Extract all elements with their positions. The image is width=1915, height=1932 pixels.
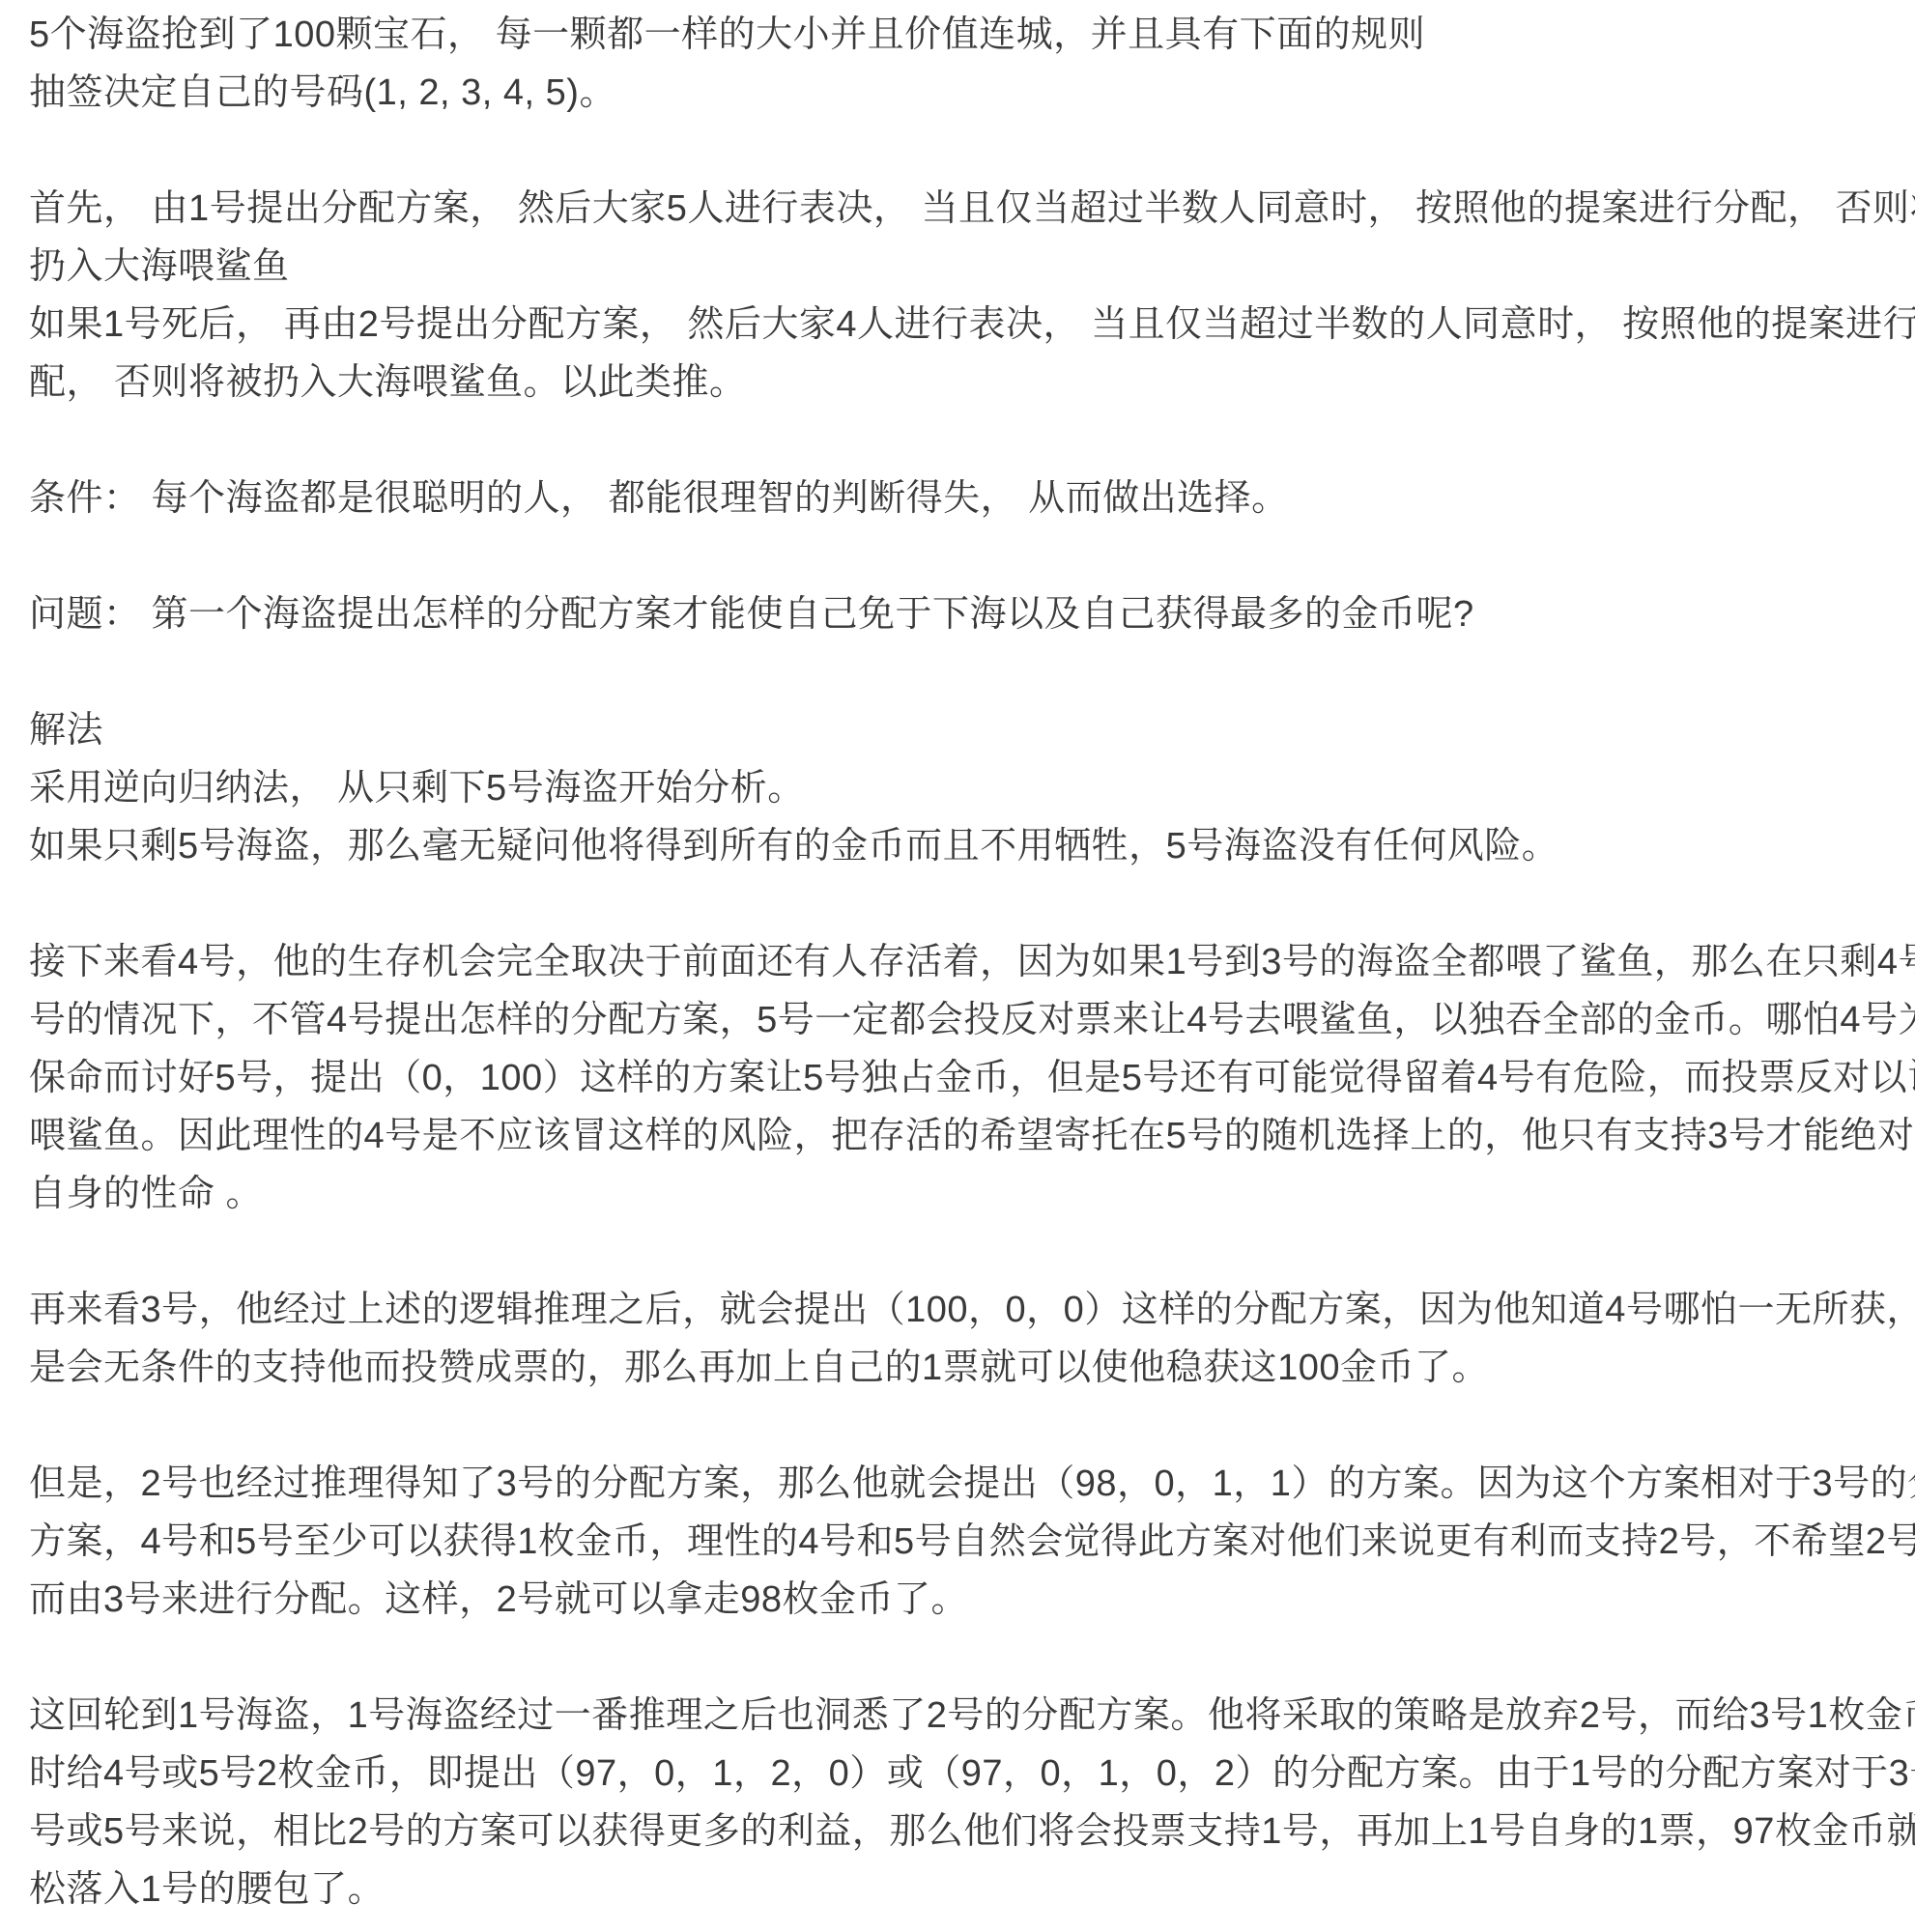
paragraph-pirate-1-analysis: 这回轮到1号海盗，1号海盗经过一番推理之后也洞悉了2号的分配方案。他将采取的策略… <box>29 1687 1888 1918</box>
paragraph-question: 问题： 第一个海盗提出怎样的分配方案才能使自己免于下海以及自己获得最多的金币呢? <box>29 585 1888 643</box>
paragraph-solution-start: 解法 采用逆向归纳法， 从只剩下5号海盗开始分析。 如果只剩5号海盗，那么毫无疑… <box>29 701 1888 875</box>
paragraph-intro: 5个海盗抢到了100颗宝石， 每一颗都一样的大小并且价值连城，并且具有下面的规则… <box>29 6 1888 122</box>
paragraph-rules: 首先， 由1号提出分配方案， 然后大家5人进行表决， 当且仅当超过半数人同意时，… <box>29 180 1888 412</box>
paragraph-pirate-3-analysis: 再来看3号，他经过上述的逻辑推理之后，就会提出（100，0，0）这样的分配方案，… <box>29 1281 1888 1397</box>
paragraph-pirate-4-analysis: 接下来看4号，他的生存机会完全取决于前面还有人存活着，因为如果1号到3号的海盗全… <box>29 933 1888 1223</box>
document: 5个海盗抢到了100颗宝石， 每一颗都一样的大小并且价值连城，并且具有下面的规则… <box>0 0 1915 1918</box>
paragraph-pirate-2-analysis: 但是，2号也经过推理得知了3号的分配方案，那么他就会提出（98，0，1，1）的方… <box>29 1455 1888 1629</box>
paragraph-condition: 条件： 每个海盗都是很聪明的人， 都能很理智的判断得失， 从而做出选择。 <box>29 469 1888 527</box>
